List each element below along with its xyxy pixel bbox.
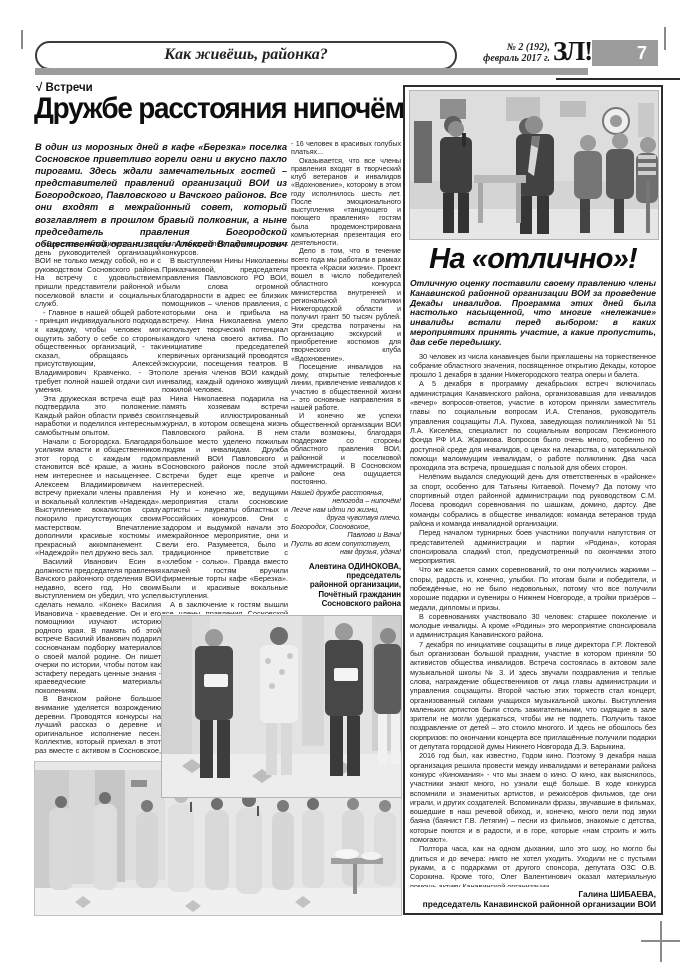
right-article-signature: Галина ШИБАЕВА, председатель Канавинской… bbox=[410, 889, 656, 909]
paragraph: Ну и конечно же, ведущими мероприятия ст… bbox=[162, 489, 288, 601]
left-article-headline: Дружбе расстояния нипочём bbox=[34, 92, 404, 126]
issue-number: № 2 (192), bbox=[452, 42, 550, 53]
paragraph: Что же касается самих соревнований, то о… bbox=[410, 565, 656, 611]
author-title: председатель bbox=[291, 571, 401, 580]
author-title: районной организации, bbox=[291, 580, 401, 589]
paragraph: А 5 декабря в программу декабрьских встр… bbox=[410, 379, 656, 472]
paragraph: И конечно же успехи общественной организ… bbox=[291, 412, 401, 485]
paragraph: 2016 год был, как известно, Годом кино. … bbox=[410, 751, 656, 844]
paragraph: В Вачском районе большое внимание уделяе… bbox=[35, 695, 161, 754]
paragraph: Нелёгким выдался следующий день для отве… bbox=[410, 472, 656, 528]
author-title: председатель Канавинской районной органи… bbox=[410, 899, 656, 909]
issue-info: № 2 (192), февраль 2017 г. bbox=[452, 42, 550, 64]
left-article-column-3: - 16 человек в красивых голубых платьях.… bbox=[291, 140, 401, 608]
crop-mark-top-left bbox=[21, 30, 23, 49]
paragraph: В выступлении Нины Николаевны Приказчико… bbox=[162, 257, 288, 395]
newspaper-logo: ЗЛ! bbox=[553, 36, 592, 67]
paragraph: - 16 человек в красивых голубых платьях.… bbox=[291, 140, 401, 157]
paragraph: Посещение инвалидов на дому, открытые те… bbox=[291, 363, 401, 413]
photo-cake-presentation bbox=[162, 616, 401, 797]
friendship-poem: Нашей дружбе расстоянья, непогода – нипо… bbox=[291, 489, 401, 557]
issue-date: февраль 2017 г. bbox=[452, 53, 550, 64]
author-title: Почётный гражданин bbox=[291, 590, 401, 599]
header-divider-bar bbox=[35, 68, 588, 75]
paragraph: 30 человек из числа канавинцев были приг… bbox=[410, 352, 656, 380]
paragraph: «Березка» объединила в этот день руковод… bbox=[35, 240, 161, 309]
left-article-signature: Алевтина ОДИНОКОВА, председатель районно… bbox=[291, 562, 401, 608]
photo-club-concert bbox=[410, 91, 658, 239]
paragraph: Начали с Богородска. Благодаря усилиям в… bbox=[35, 438, 161, 558]
paragraph: был победителем одного из таких конкурсо… bbox=[162, 240, 288, 257]
paragraph: Полтора часа, как на одном дыхании, шло … bbox=[410, 844, 656, 887]
left-article-column-1: «Березка» объединила в этот день руковод… bbox=[35, 240, 161, 754]
author-name: Галина ШИБАЕВА, bbox=[410, 889, 656, 899]
right-article-lead: Отличную оценку поставили своему правлен… bbox=[410, 279, 656, 348]
paragraph: Перед началом турнирных боев участники п… bbox=[410, 528, 656, 565]
rubric-banner: Как живёшь, районка? bbox=[35, 41, 457, 70]
rubric-title: Как живёшь, районка? bbox=[164, 46, 327, 63]
paragraph: Эта дружеская встреча ещё раз подтвердил… bbox=[35, 395, 161, 438]
newspaper-page: Как живёшь, районка? № 2 (192), февраль … bbox=[0, 0, 680, 962]
left-article-column-2: был победителем одного из таких конкурсо… bbox=[162, 240, 288, 614]
paragraph: В соревнованиях участвовало 30 человек: … bbox=[410, 612, 656, 640]
left-article-lead: В один из морозных дней в кафе «Березка»… bbox=[35, 141, 287, 249]
right-article-body: 30 человек из числа канавинцев были приг… bbox=[410, 352, 656, 887]
poem-line: нам друзья, удача! bbox=[291, 548, 401, 557]
author-title: Сосновского района bbox=[291, 599, 401, 608]
right-article: На «отлично»! Отличную оценку поставили … bbox=[403, 85, 663, 915]
paragraph: Дело в том, что в течение всего года мы … bbox=[291, 247, 401, 363]
right-article-headline: На «отлично»! bbox=[410, 243, 656, 276]
paragraph: 7 декабря по инициативе соцзащиты в лице… bbox=[410, 640, 656, 752]
paragraph: Оказывается, что все члены правления вхо… bbox=[291, 157, 401, 248]
paragraph: - Главное в нашей общей работе - принцип… bbox=[35, 309, 161, 395]
column-text: - 16 человек в красивых голубых платьях.… bbox=[291, 140, 401, 485]
author-name: Алевтина ОДИНОКОВА, bbox=[291, 562, 401, 571]
paragraph: Василий Иванович Есин в должности предсе… bbox=[35, 558, 161, 696]
page-number-badge: 7 bbox=[592, 40, 658, 66]
crop-mark-bottom-right-v bbox=[660, 921, 662, 962]
header-thin-rule bbox=[556, 78, 680, 80]
paragraph: А в заключение к гостям вышли все члены … bbox=[162, 601, 288, 614]
crop-mark-top-right bbox=[664, 27, 666, 50]
paragraph: Нина Николаевна подарила на память хозяе… bbox=[162, 395, 288, 490]
